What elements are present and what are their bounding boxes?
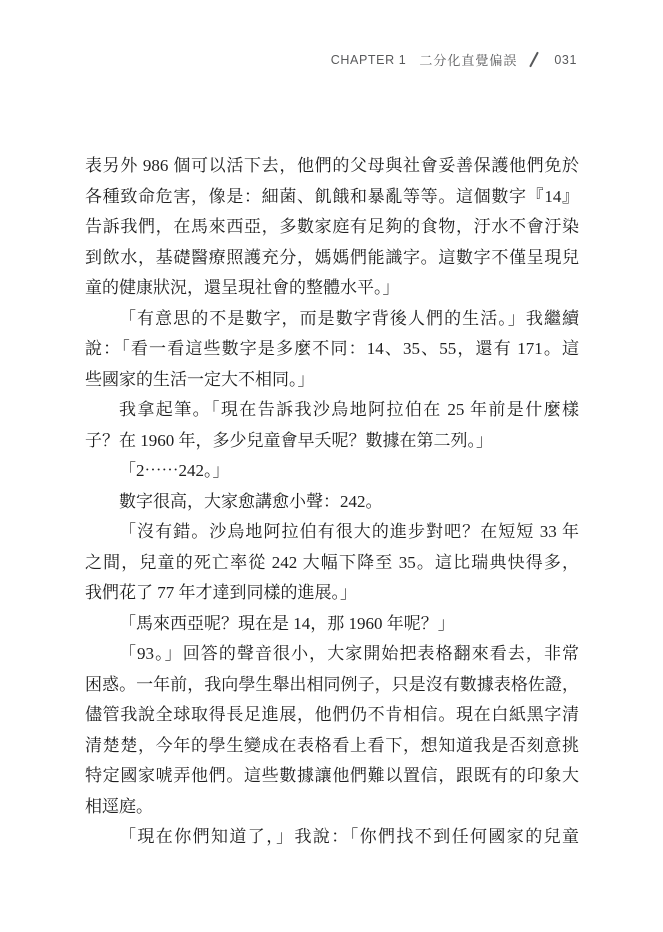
text-line: 「沒有錯。沙烏地阿拉伯有很大的進步對吧？在短短 33 年 [85, 517, 579, 548]
slash-icon [529, 52, 539, 68]
text-line: 相逕庭。 [85, 792, 579, 823]
text-line: 童的健康狀況，還呈現社會的整體水平。」 [85, 273, 579, 304]
text-line: 「2⋯⋯242。」 [85, 456, 579, 487]
text-line: 我們花了 77 年才達到同樣的進展。」 [85, 578, 579, 609]
text-line: 困惑。一年前，我向學生舉出相同例子，只是沒有數據表格佐證， [85, 670, 579, 701]
text-line: 特定國家唬弄他們。這些數據讓他們難以置信，跟既有的印象大 [85, 761, 579, 792]
text-line: 之間，兒童的死亡率從 242 大幅下降至 35。這比瑞典快得多， [85, 548, 579, 579]
text-line: 說：「看一看這些數字是多麼不同：14、35、55，還有 171。這 [85, 334, 579, 365]
page-body: 表另外 986 個可以活下去，他們的父母與社會妥善保護他們免於各種致命危害，像是… [85, 151, 579, 853]
text-line: 些國家的生活一定大不相同。」 [85, 365, 579, 396]
text-line: 「馬來西亞呢？現在是 14，那 1960 年呢？」 [85, 609, 579, 640]
text-line: 告訴我們，在馬來西亞，多數家庭有足夠的食物，汙水不會汙染 [85, 212, 579, 243]
chapter-label: CHAPTER 1 [331, 53, 407, 67]
text-line: 到飲水，基礎醫療照護充分，媽媽們能識字。這數字不僅呈現兒 [85, 243, 579, 274]
text-line: 「現在你們知道了，」我說：「你們找不到任何國家的兒童 [85, 822, 579, 853]
text-line: 子？在 1960 年，多少兒童會早夭呢？數據在第二列。」 [85, 426, 579, 457]
text-line: 我拿起筆。「現在告訴我沙烏地阿拉伯在 25 年前是什麼樣 [85, 395, 579, 426]
text-line: 清楚楚，今年的學生變成在表格看上看下，想知道我是否刻意挑 [85, 731, 579, 762]
text-line: 「有意思的不是數字，而是數字背後人們的生活。」我繼續 [85, 304, 579, 335]
text-line: 「93。」回答的聲音很小，大家開始把表格翻來看去，非常 [85, 639, 579, 670]
text-line: 表另外 986 個可以活下去，他們的父母與社會妥善保護他們免於 [85, 151, 579, 182]
text-line: 各種致命危害，像是：細菌、飢餓和暴亂等等。這個數字『14』 [85, 182, 579, 213]
text-line: 數字很高，大家愈講愈小聲：242。 [85, 487, 579, 518]
page-header: CHAPTER 1 二分化直覺偏誤 031 [331, 50, 577, 69]
chapter-title: 二分化直覺偏誤 [419, 50, 517, 69]
book-page: CHAPTER 1 二分化直覺偏誤 031 表另外 986 個可以活下去，他們的… [0, 0, 663, 932]
text-line: 儘管我說全球取得長足進展，他們仍不肯相信。現在白紙黑字清 [85, 700, 579, 731]
page-number: 031 [554, 53, 577, 67]
